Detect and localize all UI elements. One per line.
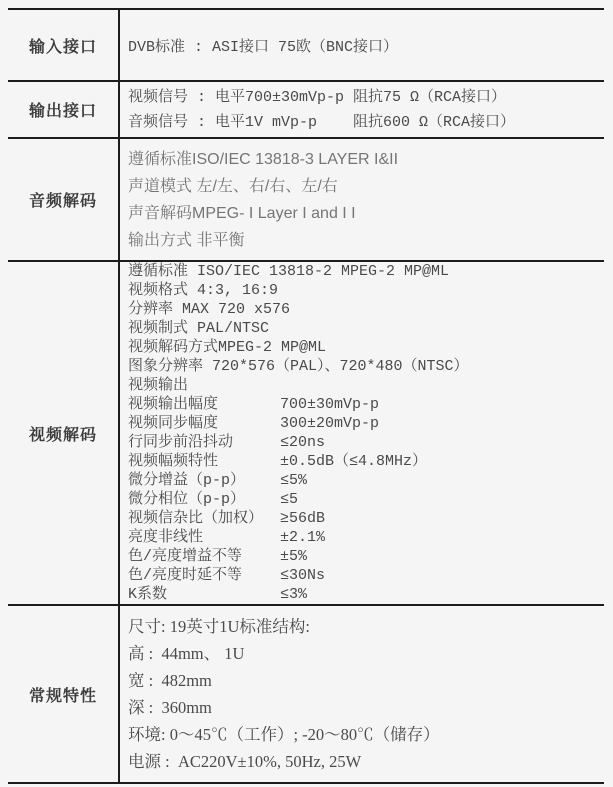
row-video-decode: 视频解码 遵循标准 ISO/IEC 13818-2 MPEG-2 MP@ML视频… [8,262,604,606]
spec-line: 亮度非线性±2.1% [128,528,604,547]
row-input-interface: 输入接口 DVB标准 : ASI接口 75欧（BNC接口） [8,10,604,82]
spec-line: 色/亮度增益不等±5% [128,547,604,566]
row-content-video-decode: 遵循标准 ISO/IEC 13818-2 MPEG-2 MP@ML视频格式 4:… [120,262,604,604]
row-audio-decode: 音频解码 遵循标准ISO/IEC 13818-3 LAYER I&II声道模式 … [8,139,604,262]
spec-line: 遵循标准 ISO/IEC 13818-2 MPEG-2 MP@ML [128,262,604,281]
row-label-output-interface: 输出接口 [8,82,120,137]
spec-line: 视频信杂比（加权）≥56dB [128,509,604,528]
spec-param-name: 视频信杂比（加权） [128,509,280,528]
row-label-video-decode: 视频解码 [8,262,120,604]
spec-line: 微分增益（p-p）≤5% [128,471,604,490]
spec-param-name: 微分增益（p-p） [128,471,280,490]
spec-line: 视频制式 PAL/NTSC [128,319,604,338]
spec-param-value: ≤5% [280,471,307,490]
spec-line: 电源 : AC220V±10%, 50Hz, 25W [128,748,604,775]
row-content-general-features: 尺寸: 19英寸1U标准结构:高 : 44mm、 1U宽 : 482mm深 : … [120,606,604,782]
spec-param-value: ≤3% [280,585,307,604]
spec-line: 声音解码MPEG- I Layer I and I I [128,200,604,227]
spec-line: 输出方式 非平衡 [128,227,604,254]
spec-line: 微分相位（p-p）≤5 [128,490,604,509]
spec-line: 行同步前沿抖动≤20ns [128,433,604,452]
row-label-general-features: 常规特性 [8,606,120,782]
spec-line: K系数≤3% [128,585,604,604]
spec-line: 视频同步幅度300±20mVp-p [128,414,604,433]
spec-line: 视频解码方式MPEG-2 MP@ML [128,338,604,357]
row-label-input-interface: 输入接口 [8,10,120,80]
spec-line: 视频格式 4:3, 16:9 [128,281,604,300]
spec-param-value: ±5% [280,547,307,566]
spec-line: 视频信号 : 电平700±30mVp-p 阻抗75 Ω（RCA接口） [128,85,604,110]
spec-param-name: 视频幅频特性 [128,452,280,471]
spec-line: 尺寸: 19英寸1U标准结构: [128,613,604,640]
spec-param-name: K系数 [128,585,280,604]
spec-line: 深 : 360mm [128,694,604,721]
spec-param-value: ±2.1% [280,528,325,547]
row-content-audio-decode: 遵循标准ISO/IEC 13818-3 LAYER I&II声道模式 左/左、右… [120,139,604,260]
spec-table: 输入接口 DVB标准 : ASI接口 75欧（BNC接口） 输出接口 视频信号 … [8,8,604,784]
spec-param-value: 300±20mVp-p [280,414,379,433]
spec-param-value: ≤20ns [280,433,325,452]
spec-line: DVB标准 : ASI接口 75欧（BNC接口） [128,35,604,56]
spec-param-name: 色/亮度增益不等 [128,547,280,566]
spec-param-name: 行同步前沿抖动 [128,433,280,452]
spec-param-value: 700±30mVp-p [280,395,379,414]
spec-param-name: 亮度非线性 [128,528,280,547]
row-content-output-interface: 视频信号 : 电平700±30mVp-p 阻抗75 Ω（RCA接口）音频信号 :… [120,82,604,137]
spec-param-value: ≤5 [280,490,298,509]
row-content-input-interface: DVB标准 : ASI接口 75欧（BNC接口） [120,10,604,80]
spec-param-name: 微分相位（p-p） [128,490,280,509]
spec-line: 环境: 0～45℃（工作）; -20～80℃（储存） [128,721,604,748]
spec-line: 视频幅频特性±0.5dB（≤4.8MHz） [128,452,604,471]
spec-param-name: 视频输出幅度 [128,395,280,414]
spec-line: 宽 : 482mm [128,667,604,694]
spec-line: 视频输出 [128,376,604,395]
row-general-features: 常规特性 尺寸: 19英寸1U标准结构:高 : 44mm、 1U宽 : 482m… [8,606,604,784]
spec-line: 高 : 44mm、 1U [128,640,604,667]
spec-param-name: 视频同步幅度 [128,414,280,433]
spec-param-name: 色/亮度时延不等 [128,566,280,585]
spec-line: 遵循标准ISO/IEC 13818-3 LAYER I&II [128,146,604,173]
spec-line: 分辨率 MAX 720 x576 [128,300,604,319]
spec-line: 视频输出幅度700±30mVp-p [128,395,604,414]
spec-line: 色/亮度时延不等≤30Ns [128,566,604,585]
spec-param-value: ≥56dB [280,509,325,528]
spec-param-value: ≤30Ns [280,566,325,585]
spec-line: 音频信号 : 电平1V mVp-p 阻抗600 Ω（RCA接口） [128,110,604,135]
spec-line: 图象分辨率 720*576（PAL）、720*480（NTSC） [128,357,604,376]
spec-param-value: ±0.5dB（≤4.8MHz） [280,452,427,471]
row-label-audio-decode: 音频解码 [8,139,120,260]
spec-line: 声道模式 左/左、右/右、左/右 [128,173,604,200]
row-output-interface: 输出接口 视频信号 : 电平700±30mVp-p 阻抗75 Ω（RCA接口）音… [8,82,604,139]
